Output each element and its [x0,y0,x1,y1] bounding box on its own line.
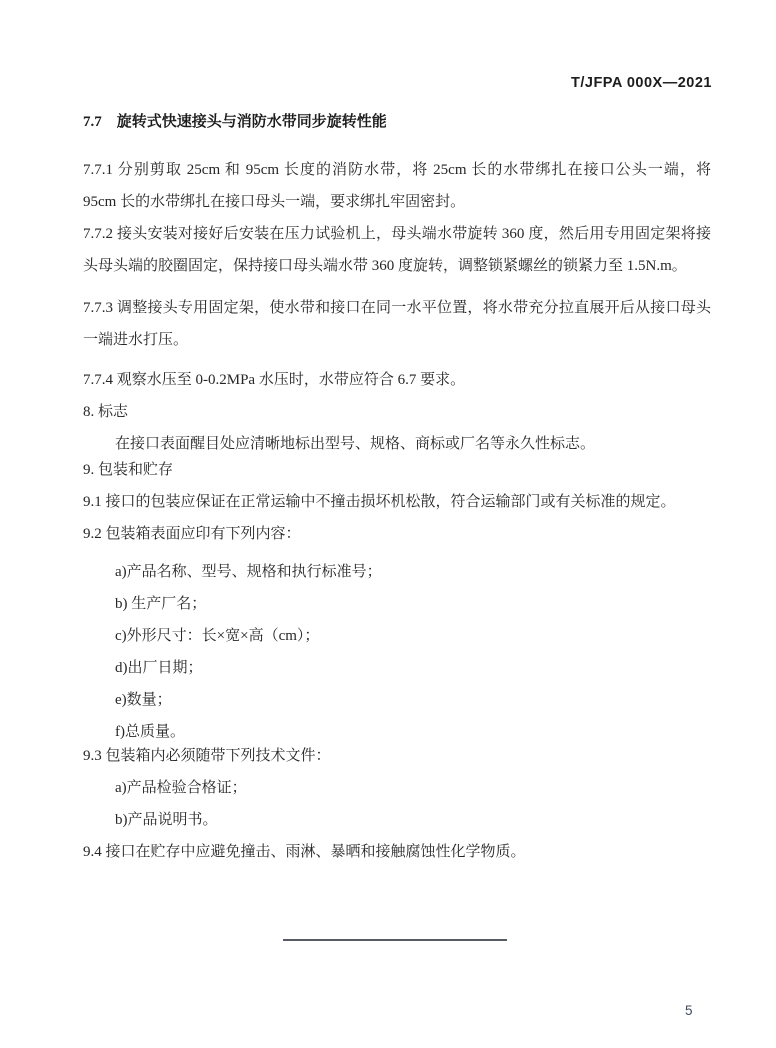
list-item-9-2-d: d)出厂日期； [83,652,711,684]
para-9-1: 9.1 接口的包装应保证在正常运输中不撞击损坏机松散，符合运输部门或有关标准的规… [83,486,711,518]
list-item-9-2-a: a)产品名称、型号、规格和执行标准号； [83,556,711,588]
standard-number-header: T/JFPA 000X—2021 [571,75,712,91]
section-8-heading: 8. 标志 [83,396,711,428]
clause-7-7-heading: 7.7 旋转式快速接头与消防水带同步旋转性能 [83,106,711,138]
para-9-4: 9.4 接口在贮存中应避免撞击、雨淋、暴晒和接触腐蚀性化学物质。 [83,836,711,868]
list-item-9-2-e: e)数量； [83,684,711,716]
para-7-7-2: 7.7.2 接头安装对接好后安装在压力试验机上，母头端水带旋转 360 度，然后… [83,218,711,282]
para-9-2: 9.2 包装箱表面应印有下列内容： [83,518,711,550]
para-9-3: 9.3 包装箱内必须随带下列技术文件： [83,740,711,772]
list-item-9-3-a: a)产品检验合格证； [83,772,711,804]
list-item-9-2-b: b) 生产厂名； [83,588,711,620]
para-7-7-1: 7.7.1 分别剪取 25cm 和 95cm 长度的消防水带，将 25cm 长的… [83,154,711,218]
document-page: T/JFPA 000X—2021 7.7 旋转式快速接头与消防水带同步旋转性能 … [0,0,776,1048]
list-item-9-2-c: c)外形尺寸：长×宽×高（cm）； [83,620,711,652]
para-7-7-4: 7.7.4 观察水压至 0-0.2MPa 水压时，水带应符合 6.7 要求。 [83,364,711,396]
document-body: 7.7 旋转式快速接头与消防水带同步旋转性能 7.7.1 分别剪取 25cm 和… [83,106,711,868]
list-item-9-3-b: b)产品说明书。 [83,804,711,836]
page-number: 5 [685,1003,693,1018]
para-7-7-3: 7.7.3 调整接头专用固定架，使水带和接口在同一水平位置，将水带充分拉直展开后… [83,292,711,356]
footer-divider-line [283,939,507,941]
